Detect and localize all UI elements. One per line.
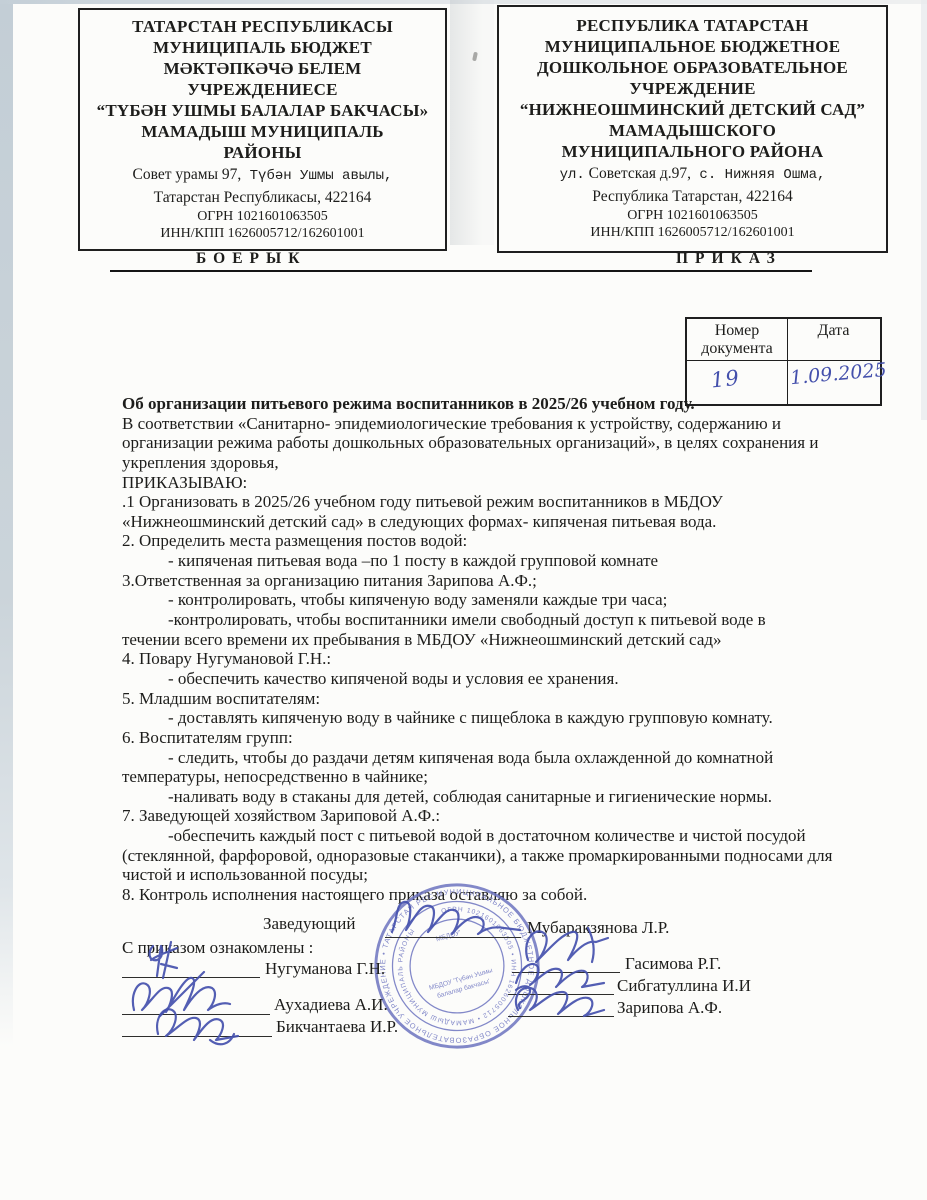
org-name-line: МУНИЦИПАЛЬНОГО РАЙОНА [499, 141, 886, 162]
table-header-number: Номер документа [687, 322, 787, 358]
order-body-line: 5. Младшим воспитателям: [122, 689, 908, 709]
header-box-russian: РЕСПУБЛИКА ТАТАРСТАН МУНИЦИПАЛЬНОЕ БЮДЖЕ… [497, 5, 888, 253]
order-body-line: - следить, чтобы до раздачи детям кипяче… [122, 748, 908, 768]
doc-info-table: Номер документа Дата 19 1.09.2025 [685, 317, 882, 406]
scan-gap-strip [450, 0, 494, 245]
address-line: Республика Татарстан, 422164 [499, 187, 886, 207]
order-body-line: -обеспечить каждый пост с питьевой водой… [122, 826, 908, 846]
org-name-line: ТАТАРСТАН РЕСПУБЛИКАСЫ [80, 16, 445, 37]
order-label-tatar: БОЕРЫК [196, 250, 306, 268]
inn-line: ИНН/КПП 1626005712/162601001 [80, 225, 445, 242]
order-body-line: -наливать воду в стаканы для детей, собл… [122, 787, 908, 807]
order-label-russian: ПРИКАЗ [676, 250, 782, 268]
order-body-line: «Нижнеошминский детский сад» в следующих… [122, 512, 908, 532]
order-body-line: - контролировать, чтобы кипяченую воду з… [122, 590, 908, 610]
order-body-line: течении всего времени их пребывания в МБ… [122, 630, 908, 650]
order-body-line: .1 Организовать в 2025/26 учебном году п… [122, 492, 908, 512]
doc-date-handwritten: 1.09.2025 [789, 359, 887, 389]
org-name-line: УЧРЕЖДЕНИЕСЕ [80, 79, 445, 100]
org-name-line: МУНИЦИПАЛЬ БЮДЖЕТ [80, 37, 445, 58]
signer-name: Аухадиева А.И. [274, 995, 388, 1015]
order-body-line: 2. Определить места размещения постов во… [122, 531, 908, 551]
order-body-line: - обеспечить качество кипяченой воды и у… [122, 669, 908, 689]
ogrn-line: ОГРН 1021601063505 [80, 208, 445, 225]
signer-name: Нугуманова Г.Н. [265, 959, 385, 979]
order-body-line: -контролировать, чтобы воспитанники имел… [122, 610, 908, 630]
order-body-line: укрепления здоровья, [122, 453, 908, 473]
address-line: ул. Советская д.97, с. Нижняя Ошма, [499, 164, 886, 185]
signer-name: Зарипова А.Ф. [617, 998, 722, 1018]
signature-mubarakzyanova [388, 892, 524, 942]
signature-bikchantaeva [150, 998, 246, 1044]
order-body-line: ПРИКАЗЫВАЮ: [122, 473, 908, 493]
order-body-line: 6. Воспитателям групп: [122, 728, 908, 748]
address-line: Совет урамы 97, Түбән Ушмы авылы, [80, 165, 445, 186]
org-name-line: РАЙОНЫ [80, 142, 445, 163]
ogrn-line: ОГРН 1021601063505 [499, 207, 886, 224]
order-body-line: организации режима работы дошкольных обр… [122, 433, 908, 453]
order-body-line: (стеклянной, фарфоровой, одноразовые ста… [122, 846, 908, 866]
signature-zaripova [508, 980, 608, 1022]
signer-name: Сибгатуллина И.И [617, 976, 751, 996]
order-body-line: - кипяченая питьевая вода –по 1 посту в … [122, 551, 908, 571]
order-body-line: 3.Ответственная за организацию питания З… [122, 571, 908, 591]
inn-line: ИНН/КПП 1626005712/162601001 [499, 224, 886, 241]
order-labels-underline [110, 270, 812, 272]
signer-name: Гасимова Р.Г. [625, 954, 721, 974]
header-box-tatar: ТАТАРСТАН РЕСПУБЛИКАСЫ МУНИЦИПАЛЬ БЮДЖЕТ… [78, 8, 447, 251]
org-name-line: “НИЖНЕОШМИНСКИЙ ДЕТСКИЙ САД” [499, 99, 886, 120]
order-body-line: - доставлять кипяченую воду в чайнике с … [122, 708, 908, 728]
order-body: Об организации питьевого режима воспитан… [122, 394, 908, 905]
order-body-line: 7. Заведующей хозяйством Зариповой А.Ф.: [122, 806, 908, 826]
org-name-line: ДОШКОЛЬНОЕ ОБРАЗОВАТЕЛЬНОЕ [499, 57, 886, 78]
head-position-label: Заведующий [263, 914, 355, 934]
order-body-line: 4. Повару Нугумановой Г.Н.: [122, 649, 908, 669]
scan-edge-right [921, 0, 927, 420]
org-name-line: МУНИЦИПАЛЬНОЕ БЮДЖЕТНОЕ [499, 36, 886, 57]
org-name-line: “ТҮБӘН УШМЫ БАЛАЛАР БАКЧАСЫ» [80, 100, 445, 121]
org-name-line: МӘКТӘПКӘЧӘ БЕЛЕМ [80, 58, 445, 79]
org-name-line: МАМАДЫШ МУНИЦИПАЛЬ [80, 121, 445, 142]
scan-edge-left [0, 0, 13, 1080]
table-header-date: Дата [787, 322, 880, 340]
address-line: Татарстан Республикасы, 422164 [80, 188, 445, 208]
order-body-line: В соответствии «Санитарно- эпидемиологич… [122, 414, 908, 434]
org-name-line: МАМАДЫШСКОГО [499, 120, 886, 141]
order-title: Об организации питьевого режима воспитан… [122, 394, 908, 414]
org-name-line: УЧРЕЖДЕНИЕ [499, 78, 886, 99]
order-body-line: температуры, непосредственно в чайнике; [122, 767, 908, 787]
doc-number-handwritten: 19 [710, 366, 741, 393]
org-name-line: РЕСПУБЛИКА ТАТАРСТАН [499, 15, 886, 36]
scanned-order-document: ТАТАРСТАН РЕСПУБЛИКАСЫ МУНИЦИПАЛЬ БЮДЖЕТ… [0, 0, 927, 1200]
signer-name: Бикчантаева И.Р. [276, 1017, 398, 1037]
